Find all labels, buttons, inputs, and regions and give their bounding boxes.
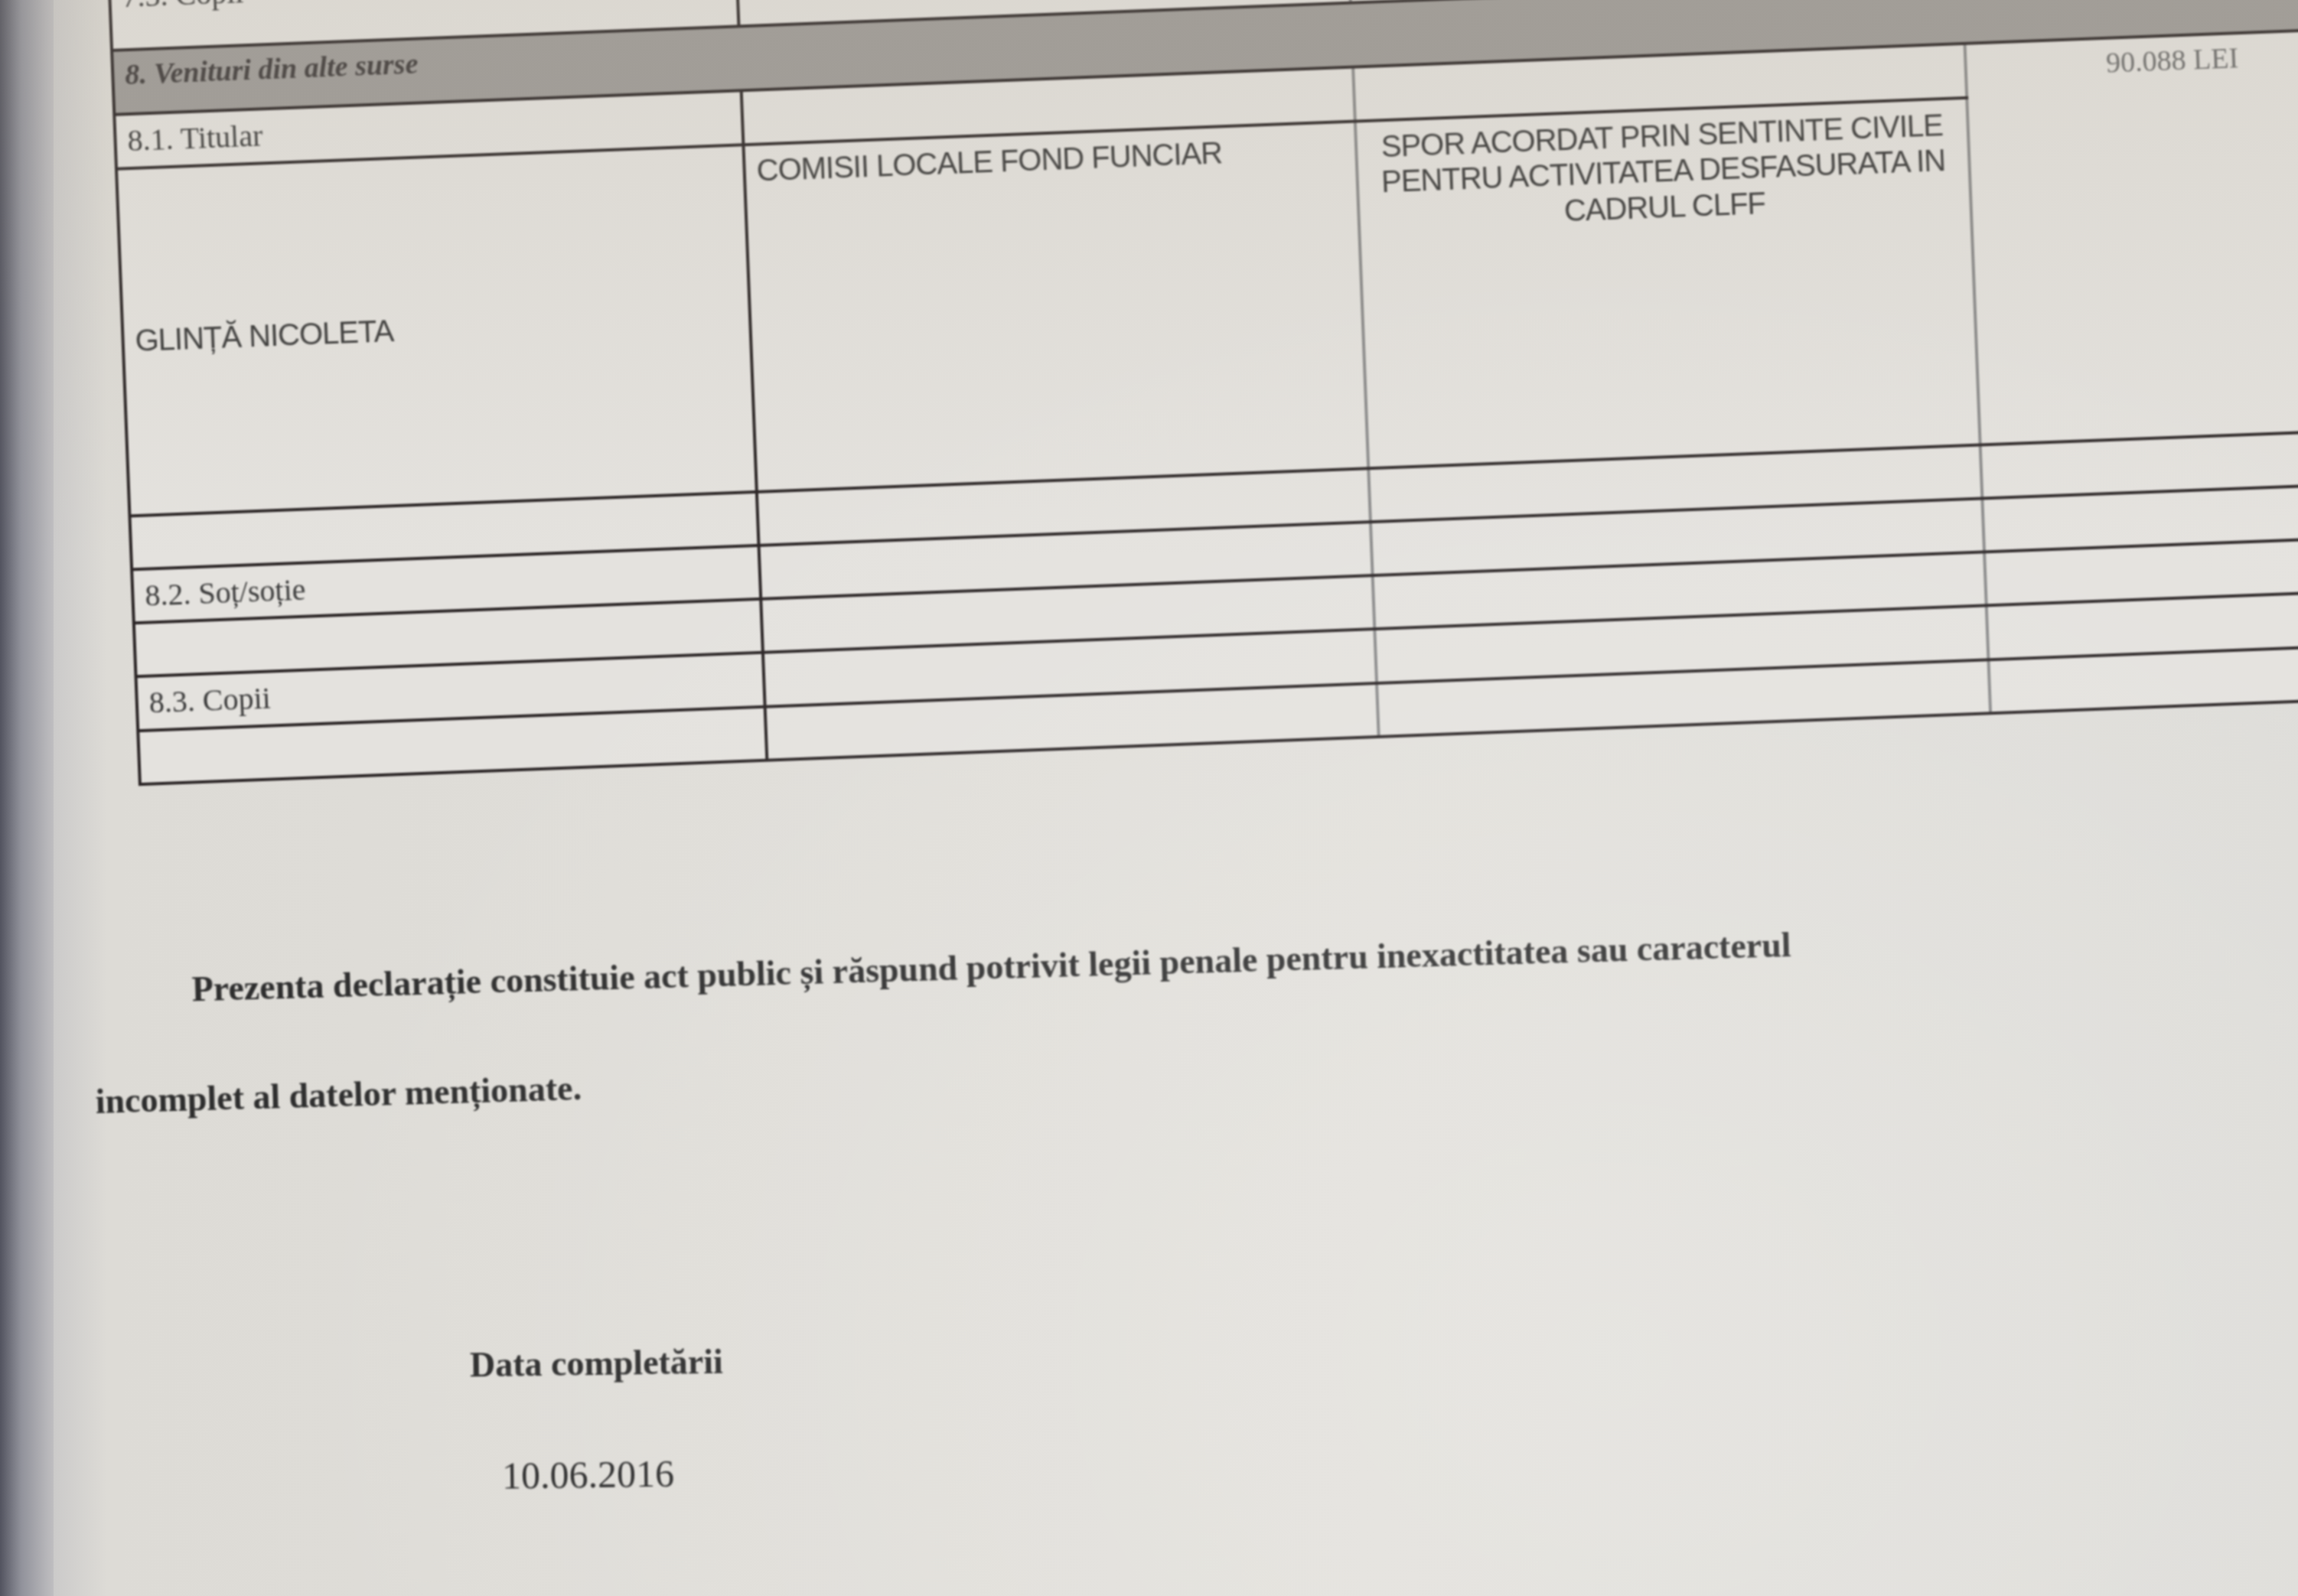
income-source: COMISII LOCALE FOND FUNCIAR bbox=[756, 136, 1223, 187]
date-value: 10.06.2016 bbox=[471, 1451, 725, 1499]
declaration-statement: Prezenta declarație constituie act publi… bbox=[92, 904, 2298, 1122]
row-label-spouse: 8.2. Soț/soție bbox=[145, 572, 307, 612]
date-label: Data completării bbox=[470, 1341, 724, 1386]
row-label-children: 8.3. Copii bbox=[148, 681, 272, 720]
section-header-text: 8. Venituri din alte surse bbox=[125, 48, 419, 92]
cell-source: COMISII LOCALE FOND FUNCIAR bbox=[743, 121, 1368, 491]
income-table: 7.3. Copii 8. Venituri din alte surse 8.… bbox=[107, 0, 2298, 786]
previous-row-label: 7.3. Copii bbox=[122, 0, 245, 14]
statement-line-2: incomplet al datelor menționate. bbox=[95, 1013, 2298, 1122]
cell-amount: 90.088 LEI bbox=[1965, 28, 2298, 445]
statement-line-1: Prezenta declarație constituie act publi… bbox=[92, 904, 2298, 1012]
row-label-titular: 8.1. Titular bbox=[127, 118, 263, 158]
declaration-table-sheet: 7.3. Copii 8. Venituri din alte surse 8.… bbox=[107, 0, 2298, 786]
income-service: SPOR ACORDAT PRIN SENTINTE CIVILE PENTRU… bbox=[1380, 109, 1946, 228]
completion-date-block: Data completării 10.06.2016 bbox=[470, 1341, 725, 1499]
income-amount: 90.088 LEI bbox=[1977, 37, 2298, 86]
cell-service: SPOR ACORDAT PRIN SENTINTE CIVILE PENTRU… bbox=[1355, 98, 1980, 468]
cell-holder: GLINȚĂ NICOLETA bbox=[116, 145, 757, 516]
binder-edge bbox=[0, 0, 54, 1596]
holder-name: GLINȚĂ NICOLETA bbox=[135, 314, 394, 358]
